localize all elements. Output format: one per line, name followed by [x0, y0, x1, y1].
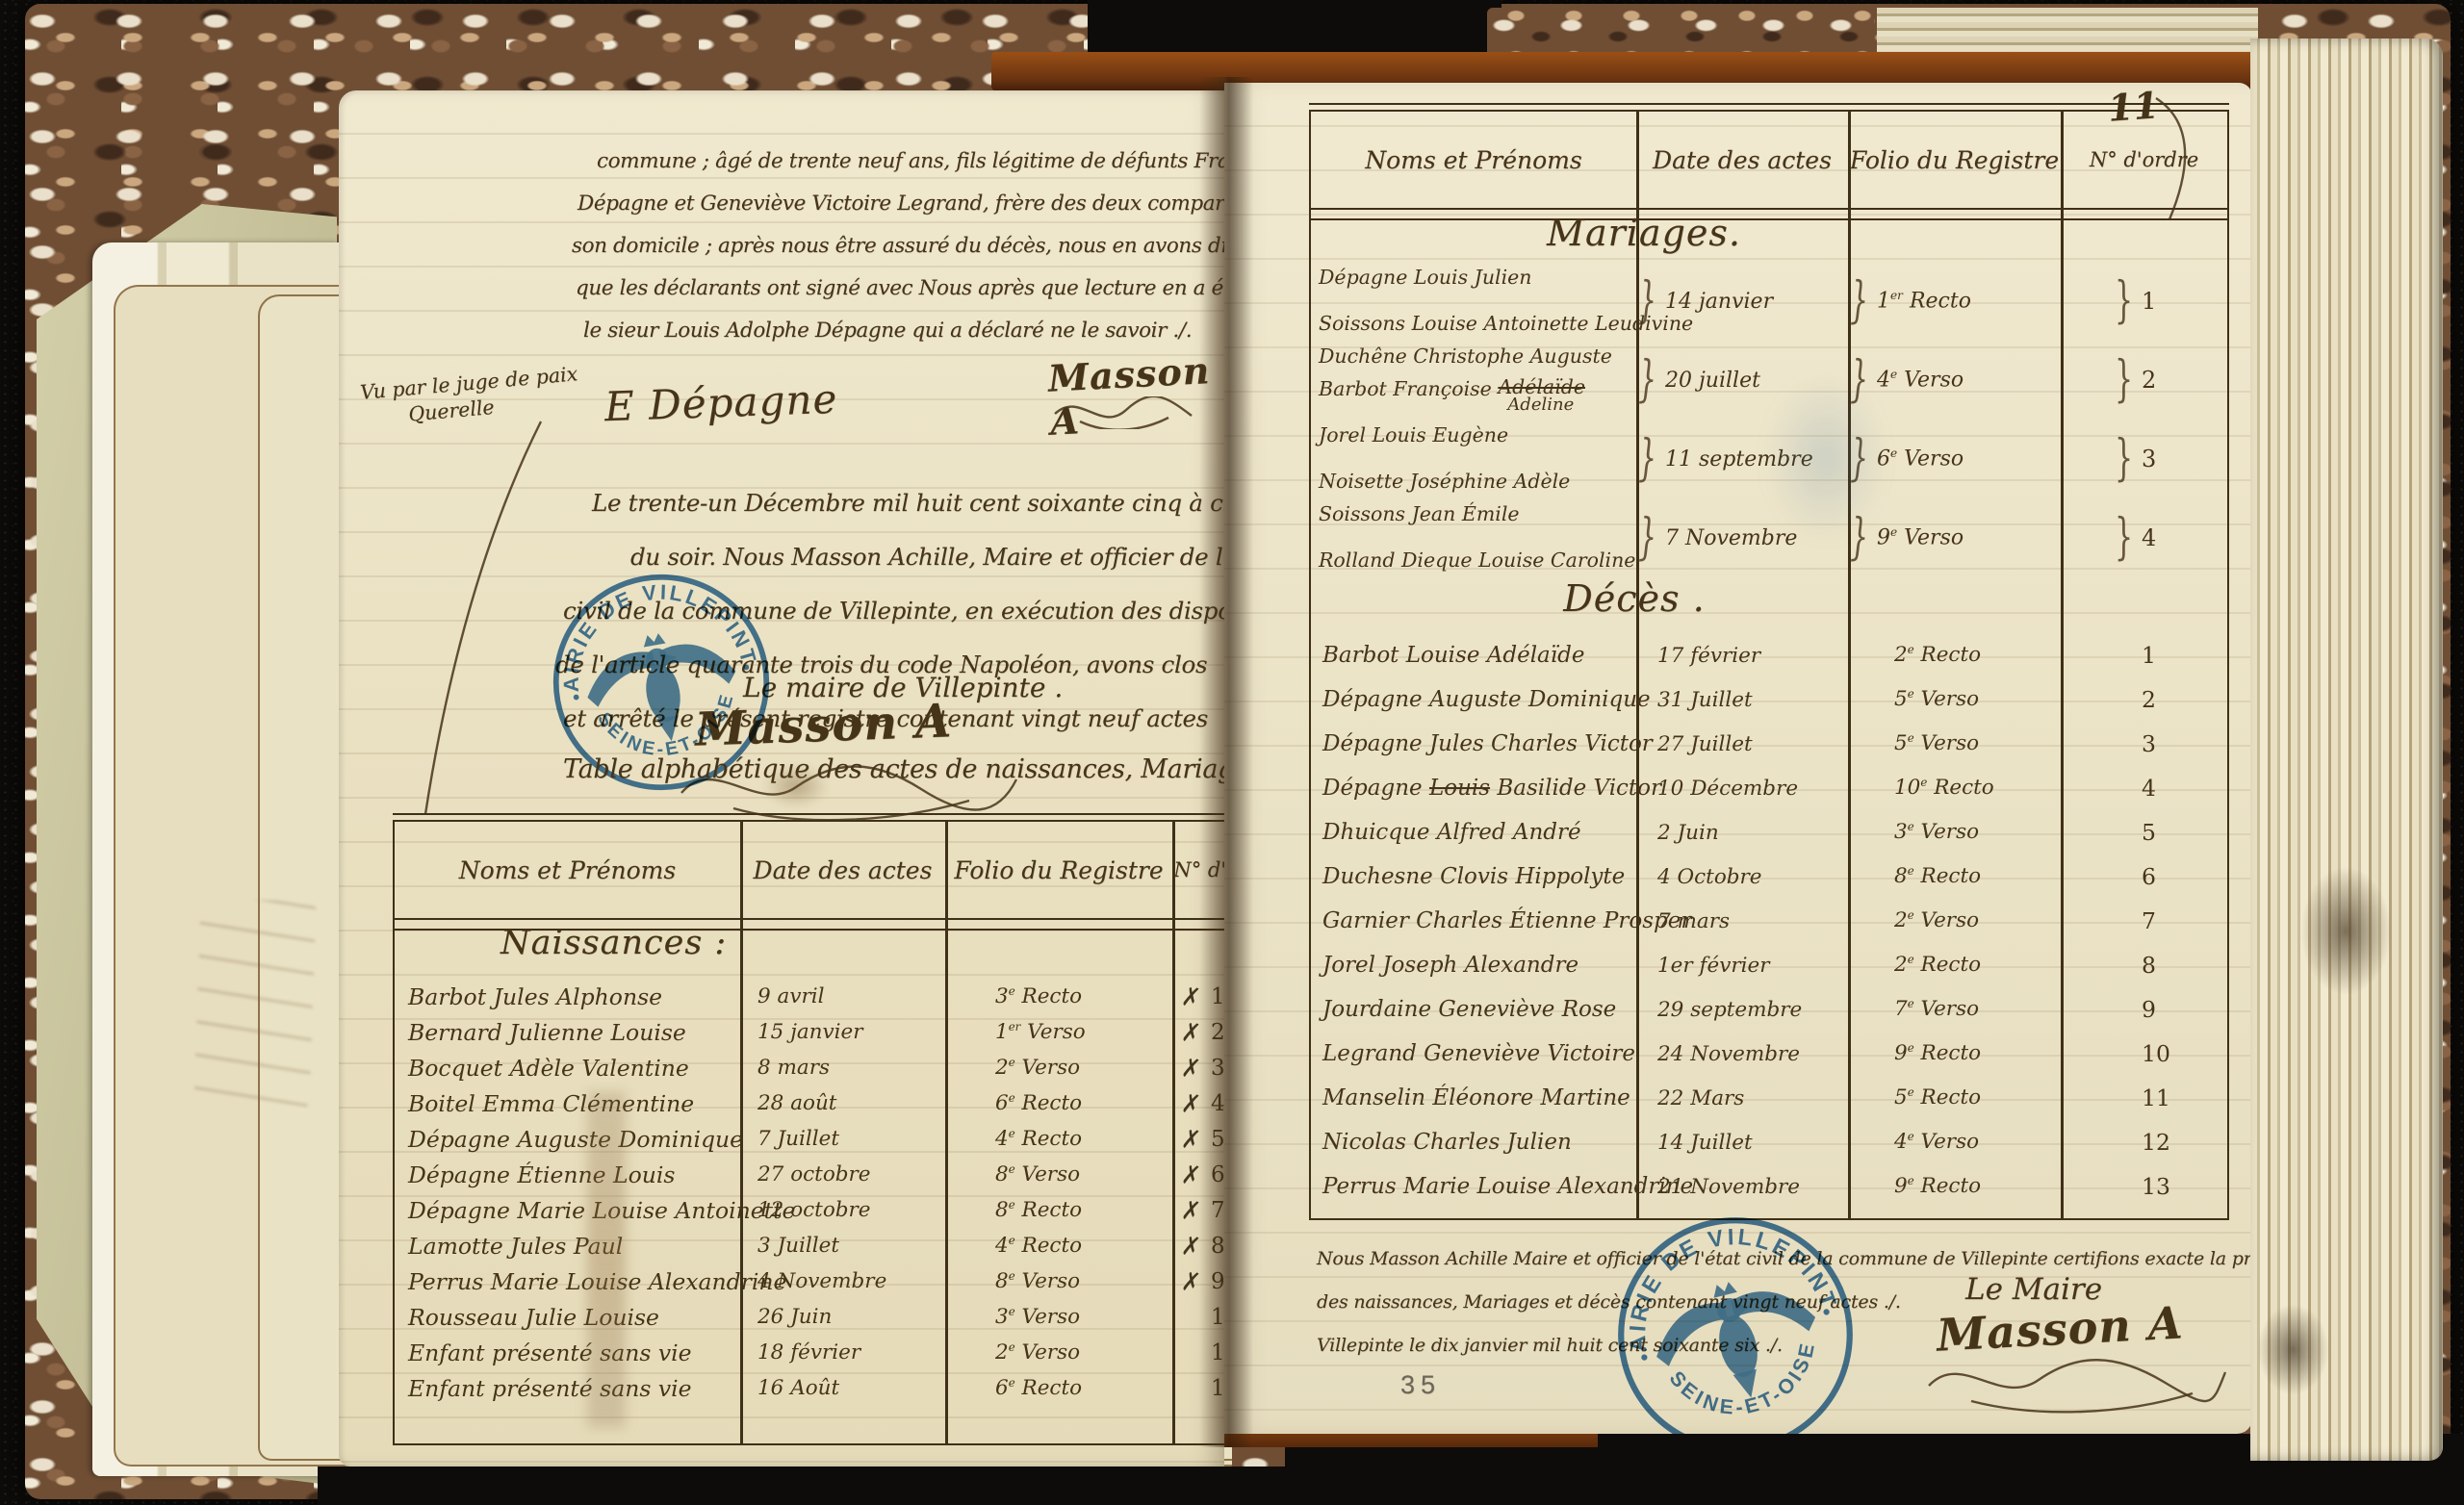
register-row: Jorel Louis EugèneNoisette Joséphine Adè… — [1311, 420, 2227, 498]
date-cell: 10 Décembre — [1636, 777, 1848, 801]
register-row: Legrand Geneviève Victoire24 Novembre9e … — [1311, 1032, 2227, 1076]
mairie-stamp: MAIRIE DE VILLEPINTE SEINE-ET-OISE — [1589, 1188, 1881, 1434]
column-header: Noms et Prénoms — [1311, 146, 1636, 174]
date-cell: 1er février — [1636, 954, 1848, 978]
folio-suffix: e — [1890, 446, 1897, 460]
folio-suffix: e — [1009, 984, 1015, 998]
marriages-rows: Dépagne Louis JulienSoissons Louise Anto… — [1311, 262, 2227, 577]
name-cell: Manselin Éléonore Martine — [1311, 1085, 1636, 1110]
name-cell: Dépagne Auguste Dominique — [1311, 687, 1636, 712]
left-page: commune ; âgé de trente neuf ans, fils l… — [339, 90, 1224, 1467]
column-header: Date des actes — [740, 856, 945, 884]
folio-cell: 5e Verso — [1848, 687, 2061, 711]
register-row: Lamotte Jules Paul3 Juillet4e Recto✗8 — [395, 1228, 1224, 1263]
order-number: 4 — [2061, 524, 2227, 551]
name-cell: Dhuicque Alfred André — [1311, 820, 1636, 845]
folio-cell: 4e Recto — [945, 1234, 1172, 1258]
name-cell: Jorel Louis EugèneNoisette Joséphine Adè… — [1311, 420, 1636, 498]
folio-cell: 3e Verso — [945, 1305, 1172, 1329]
closing-line: Le trente-un Décembre mil huit cent soix… — [592, 476, 1224, 530]
name-cell: Perrus Marie Louise Alexandrine — [395, 1268, 740, 1295]
order-number: 12 — [2061, 1129, 2227, 1156]
register-row: Dépagne Louis JulienSoissons Louise Anto… — [1311, 262, 2227, 341]
name-cell: Jorel Joseph Alexandre — [1311, 953, 1636, 978]
column-header: Folio du Registre — [945, 856, 1172, 884]
fore-edge-page-stack — [2250, 38, 2443, 1461]
table-title: Table alphabétique des actes de naissanc… — [563, 754, 1224, 784]
column-header: Folio du Registre — [1848, 146, 2061, 174]
date-cell: 8 mars — [740, 1056, 945, 1080]
folio-suffix: e — [1009, 1340, 1015, 1354]
name-cell: Dépagne Marie Louise Antoinette — [395, 1197, 740, 1224]
date-cell: 26 Juin — [740, 1305, 945, 1329]
folio-suffix: e — [1009, 1305, 1015, 1318]
folio-cell: 1er Verso — [945, 1020, 1172, 1044]
order-number: 2 — [2061, 367, 2227, 394]
folio-suffix: er — [1009, 1020, 1021, 1033]
register-row: Dépagne Étienne Louis27 octobre8e Verso✗… — [395, 1157, 1224, 1192]
folio-cell: 2e Recto — [1848, 953, 2061, 977]
births-table: Noms et Prénoms Date des actes Folio du … — [393, 820, 1224, 1445]
folio-cell: 2e Recto — [1848, 643, 2061, 667]
date-cell: 2 Juin — [1636, 821, 1848, 845]
name-cell: Boitel Emma Clémentine — [395, 1090, 740, 1117]
register-row: Duchesne Clovis Hippolyte4 Octobre8e Rec… — [1311, 855, 2227, 899]
name-cell: Dépagne Louis JulienSoissons Louise Anto… — [1311, 262, 1636, 341]
folio-cell: 8e Verso — [945, 1269, 1172, 1293]
folio-suffix: e — [1009, 1162, 1015, 1176]
folio-cell: 2e Verso — [945, 1340, 1172, 1365]
date-cell: 11 septembre — [1636, 447, 1848, 472]
name-cell: Nicolas Charles Julien — [1311, 1130, 1636, 1155]
act-line: que les déclarants ont signé avec Nous a… — [576, 268, 1224, 310]
order-number: 1 — [2061, 642, 2227, 669]
marriages-deaths-table: Noms et Prénoms Date des actes Folio du … — [1309, 110, 2229, 1220]
folio-suffix: er — [1890, 289, 1903, 302]
date-cell: 31 Juillet — [1636, 688, 1848, 712]
folio-cell: 3e Verso — [1848, 820, 2061, 844]
order-number: 6 — [2061, 863, 2227, 890]
column-header: N° d'ordre — [2061, 148, 2227, 171]
date-cell: 14 janvier — [1636, 290, 1848, 314]
groom-name: Jorel Louis Eugène — [1319, 423, 1636, 446]
folio-cell: 8e Verso — [945, 1162, 1172, 1186]
act-line: son domicile ; après nous être assuré du… — [572, 225, 1224, 268]
date-cell: 27 Juillet — [1636, 732, 1848, 756]
date-cell: 27 octobre — [740, 1162, 945, 1186]
register-row: Barbot Louise Adélaïde17 février2e Recto… — [1311, 633, 2227, 677]
date-cell: 17 février — [1636, 644, 1848, 668]
folio-cell: 10e Recto — [1848, 776, 2061, 800]
name-cell: Garnier Charles Étienne Prosper — [1311, 908, 1636, 933]
folio-suffix: e — [1009, 1127, 1015, 1140]
date-cell: 3 Juillet — [740, 1234, 945, 1258]
name-cell: Soissons Jean ÉmileRolland Dieque Louise… — [1311, 498, 1636, 577]
bride-name: Rolland Dieque Louise Caroline — [1319, 548, 1636, 572]
death-act-paragraph: commune ; âgé de trente neuf ans, fils l… — [597, 140, 1224, 352]
name-cell: Bocquet Adèle Valentine — [395, 1055, 740, 1082]
name-cell: Dépagne Jules Charles Victor — [1311, 731, 1636, 756]
register-row: Perrus Marie Louise Alexandrine4 Novembr… — [395, 1263, 1224, 1299]
folio-cell: 6e Recto — [945, 1376, 1172, 1400]
folio-cell: 5e Recto — [1848, 1085, 2061, 1110]
name-cell: Legrand Geneviève Victoire — [1311, 1041, 1636, 1066]
struck-name: Adélaïde — [1498, 377, 1585, 397]
name-cell: Enfant présenté sans vie — [395, 1339, 740, 1366]
folio-suffix: e — [1009, 1234, 1015, 1247]
order-number: 8 — [2061, 952, 2227, 979]
bride-name: Noisette Joséphine Adèle — [1319, 470, 1636, 493]
folio-suffix: e — [1890, 368, 1897, 381]
order-number: 3 — [2061, 730, 2227, 757]
folio-cell: 8e Recto — [945, 1198, 1172, 1222]
edge-smudge — [2300, 866, 2392, 996]
register-row: Manselin Éléonore Martine22 Mars5e Recto… — [1311, 1076, 2227, 1120]
groom-name: Dépagne Louis Julien — [1319, 266, 1636, 289]
register-row: Jourdaine Geneviève Rose29 septembre7e V… — [1311, 987, 2227, 1032]
name-cell: Enfant présenté sans vie — [395, 1375, 740, 1402]
name-cell: Lamotte Jules Paul — [395, 1233, 740, 1260]
date-cell: 7 Novembre — [1636, 526, 1848, 550]
register-row: Dépagne Jules Charles Victor27 Juillet5e… — [1311, 722, 2227, 766]
order-number: 2 — [2061, 686, 2227, 713]
folio-suffix: e — [1908, 953, 1914, 966]
register-row: Bocquet Adèle Valentine8 mars2e Verso✗3 — [395, 1050, 1224, 1085]
folio-cell: 7e Verso — [1848, 997, 2061, 1021]
pencil-page-number: 35 — [1400, 1370, 1441, 1400]
folio-suffix: e — [1908, 997, 1914, 1010]
bride-name: Soissons Louise Antoinette Leudivine — [1319, 312, 1636, 335]
date-cell: 28 août — [740, 1091, 945, 1115]
date-cell: 15 janvier — [740, 1020, 945, 1044]
name-cell: Jourdaine Geneviève Rose — [1311, 997, 1636, 1022]
register-row: Nicolas Charles Julien14 Juillet4e Verso… — [1311, 1120, 2227, 1164]
date-cell: 12 octobre — [740, 1198, 945, 1222]
folio-suffix: e — [1908, 820, 1914, 833]
name-cell: Barbot Louise Adélaïde — [1311, 643, 1636, 668]
date-cell: 24 Novembre — [1636, 1042, 1848, 1066]
order-number: 3 — [2061, 446, 2227, 472]
folio-suffix: e — [1890, 525, 1897, 539]
folio-suffix: e — [1009, 1269, 1015, 1283]
register-row: Dépagne Louis Basilide Victor10 Décembre… — [1311, 766, 2227, 810]
folio-suffix: e — [1908, 864, 1914, 878]
signature-flourish — [1923, 1359, 2231, 1416]
order-number: 10 — [2061, 1040, 2227, 1067]
substituted-name: Adeline — [1507, 396, 1585, 414]
struck-name: Louis — [1429, 776, 1490, 801]
register-row: Boitel Emma Clémentine28 août6e Recto✗4 — [395, 1085, 1224, 1121]
name-cell: Dépagne Étienne Louis — [395, 1161, 740, 1188]
groom-name: Soissons Jean Émile — [1319, 502, 1636, 525]
name-cell: Dépagne Auguste Dominique — [395, 1126, 740, 1153]
act-line: commune ; âgé de trente neuf ans, fils l… — [597, 140, 1224, 183]
binding-gap-top — [1088, 0, 1501, 56]
name-cell: Perrus Marie Louise Alexandrine — [1311, 1174, 1636, 1199]
date-cell: 20 juillet — [1636, 369, 1848, 393]
folio-cell: 6e Verso — [1848, 446, 2061, 471]
folio-suffix: e — [1009, 1056, 1015, 1069]
folio-cell: 4e Recto — [945, 1127, 1172, 1151]
deaths-rows: Barbot Louise Adélaïde17 février2e Recto… — [1311, 633, 2227, 1209]
register-row: Dépagne Auguste Dominique7 Juillet4e Rec… — [395, 1121, 1224, 1157]
table-header-row: Noms et Prénoms Date des actes Folio du … — [395, 822, 1224, 918]
register-row: Rousseau Julie Louise26 Juin3e Verso10 — [395, 1299, 1224, 1335]
date-cell: 7 Juillet — [740, 1127, 945, 1151]
date-cell: 9 avril — [740, 984, 945, 1008]
folio-suffix: e — [1009, 1091, 1015, 1105]
table-header-row: Noms et Prénoms Date des actes Folio du … — [1311, 112, 2227, 208]
folio-cell: 8e Recto — [1848, 864, 2061, 888]
folio-suffix: e — [1908, 1174, 1914, 1187]
date-cell: 7 mars — [1636, 909, 1848, 933]
name-cell: Rousseau Julie Louise — [395, 1304, 740, 1331]
folio-suffix: e — [1009, 1198, 1015, 1212]
act-line: Dépagne et Geneviève Victoire Legrand, f… — [577, 183, 1224, 225]
births-rows: Barbot Jules Alphonse9 avril3e Recto✗1Be… — [395, 979, 1224, 1406]
column-header: Date des actes — [1636, 146, 1848, 174]
register-row: Duchêne Christophe AugusteBarbot Françoi… — [1311, 341, 2227, 420]
folio-suffix: e — [1920, 776, 1927, 789]
folio-suffix: e — [1908, 1085, 1914, 1099]
register-row: Dhuicque Alfred André2 Juin3e Verso5 — [1311, 810, 2227, 855]
date-cell: 4 Octobre — [1636, 865, 1848, 889]
shadow — [318, 1467, 1299, 1505]
name-cell: Duchêne Christophe AugusteBarbot Françoi… — [1311, 341, 1636, 420]
signature-flourish — [1051, 396, 1195, 429]
folio-suffix: e — [1908, 643, 1914, 656]
date-cell: 16 Août — [740, 1376, 945, 1400]
folio-suffix: e — [1908, 1041, 1914, 1055]
date-cell: 14 Juillet — [1636, 1131, 1848, 1155]
register-row: Barbot Jules Alphonse9 avril3e Recto✗1 — [395, 979, 1224, 1014]
name-cell: Bernard Julienne Louise — [395, 1019, 740, 1046]
groom-name: Duchêne Christophe Auguste — [1319, 344, 1636, 368]
folio-cell: 1er Recto — [1848, 289, 2061, 313]
section-heading-mariages: Mariages. — [1311, 212, 1977, 254]
order-number: 9 — [2061, 996, 2227, 1023]
order-number: 7 — [2061, 907, 2227, 934]
folio-cell: 6e Recto — [945, 1091, 1172, 1115]
folio-cell: 3e Recto — [945, 984, 1172, 1008]
folio-cell: 4e Verso — [1848, 368, 2061, 392]
column-header: Noms et Prénoms — [395, 856, 740, 884]
ink-bleed-through — [193, 898, 316, 1109]
section-heading-deces: Décès . — [1311, 577, 1958, 620]
folio-suffix: e — [1908, 1130, 1914, 1143]
folio-suffix: e — [1908, 687, 1914, 701]
register-row: Enfant présenté sans vie18 février2e Ver… — [395, 1335, 1224, 1370]
folio-suffix: e — [1009, 1376, 1015, 1390]
folio-cell: 5e Verso — [1848, 731, 2061, 755]
page-edges-top — [1877, 8, 2258, 56]
section-heading-naissances: Naissances : — [500, 924, 727, 962]
pen-flourish — [410, 414, 554, 828]
corrected-name: AdélaïdeAdeline — [1498, 377, 1585, 415]
register-row: Dépagne Auguste Dominique31 Juillet5e Ve… — [1311, 677, 2227, 722]
date-cell: 18 février — [740, 1340, 945, 1365]
name-cell: Dépagne Louis Basilide Victor — [1311, 776, 1636, 801]
order-number: 4 — [2061, 775, 2227, 802]
folio-suffix: e — [1908, 908, 1914, 922]
name-cell: Barbot Jules Alphonse — [395, 983, 740, 1010]
order-number: 5 — [2061, 819, 2227, 846]
right-page: 11 Noms et Prénoms Date des actes Folio … — [1224, 83, 2252, 1434]
folio-cell: 9e Verso — [1848, 525, 2061, 549]
register-row: Soissons Jean ÉmileRolland Dieque Louise… — [1311, 498, 2227, 577]
edge-smudge — [2257, 1304, 2329, 1395]
register-row: Bernard Julienne Louise15 janvier1er Ver… — [395, 1014, 1224, 1050]
order-number: 11 — [2061, 1084, 2227, 1111]
date-cell: 29 septembre — [1636, 998, 1848, 1022]
folio-cell: 4e Verso — [1848, 1130, 2061, 1154]
bride-name: Barbot Françoise AdélaïdeAdeline — [1319, 377, 1636, 415]
register-row: Jorel Joseph Alexandre1er février2e Rect… — [1311, 943, 2227, 987]
order-number: 13 — [2061, 1173, 2227, 1200]
folio-cell: 9e Recto — [1848, 1041, 2061, 1065]
register-row: Enfant présenté sans vie16 Août6e Recto1… — [395, 1370, 1224, 1406]
folio-cell: 9e Recto — [1848, 1174, 2061, 1198]
book-gutter-shadow — [1199, 77, 1253, 1447]
date-cell: 22 Mars — [1636, 1086, 1848, 1110]
register-row: Dépagne Marie Louise Antoinette12 octobr… — [395, 1192, 1224, 1228]
folio-cell: 2e Verso — [945, 1056, 1172, 1080]
entry-heading: E Dépagne — [603, 375, 838, 430]
register-row: Garnier Charles Étienne Prosper7 mars2e … — [1311, 899, 2227, 943]
folio-suffix: e — [1908, 731, 1914, 745]
order-number: 1 — [2061, 288, 2227, 315]
archival-register-scan: commune ; âgé de trente neuf ans, fils l… — [0, 0, 2464, 1505]
folio-cell: 2e Verso — [1848, 908, 2061, 932]
name-cell: Duchesne Clovis Hippolyte — [1311, 864, 1636, 889]
act-line: le sieur Louis Adolphe Dépagne qui a déc… — [583, 310, 1224, 352]
date-cell: 4 Novembre — [740, 1269, 945, 1293]
